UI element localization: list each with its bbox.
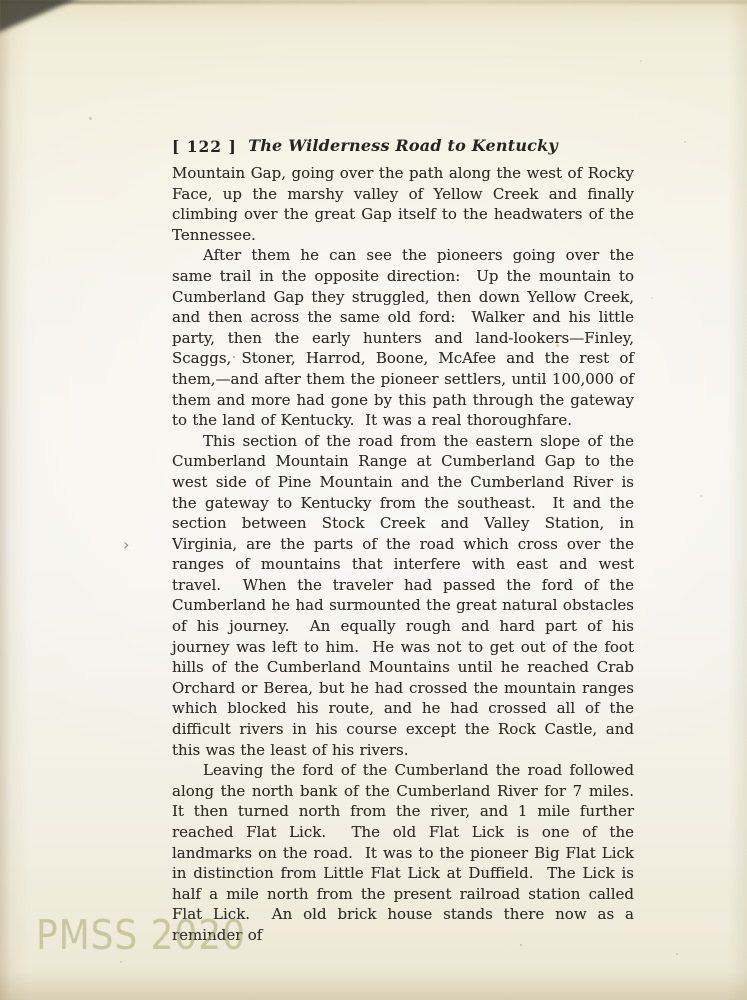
paragraph-1: Mountain Gap, going over the path along … bbox=[172, 163, 634, 245]
scan-top-edge-shadow bbox=[0, 0, 747, 4]
paper-speck bbox=[676, 953, 678, 955]
paper-speck bbox=[700, 495, 702, 497]
text-block: [ 122 ] The Wilderness Road to Kentucky … bbox=[172, 136, 634, 946]
scan-corner-shadow bbox=[0, 0, 81, 33]
paragraph-2: After them he can see the pioneers going… bbox=[172, 245, 634, 430]
margin-pencil-mark: › bbox=[123, 535, 129, 554]
paragraph-3: This section of the road from the easter… bbox=[172, 431, 634, 761]
paper-speck bbox=[120, 961, 122, 963]
running-title: The Wilderness Road to Kentucky bbox=[248, 136, 558, 155]
paper-speck bbox=[684, 141, 686, 143]
book-page-scan: [ 122 ] The Wilderness Road to Kentucky … bbox=[0, 0, 747, 1000]
paper-speck bbox=[89, 117, 92, 120]
pmss-watermark: PMSS 2020 bbox=[36, 911, 246, 959]
page-number: [ 122 ] bbox=[172, 137, 237, 156]
paper-speck bbox=[651, 297, 653, 299]
running-header: [ 122 ] The Wilderness Road to Kentucky bbox=[172, 136, 634, 163]
paper-speck bbox=[640, 60, 642, 62]
